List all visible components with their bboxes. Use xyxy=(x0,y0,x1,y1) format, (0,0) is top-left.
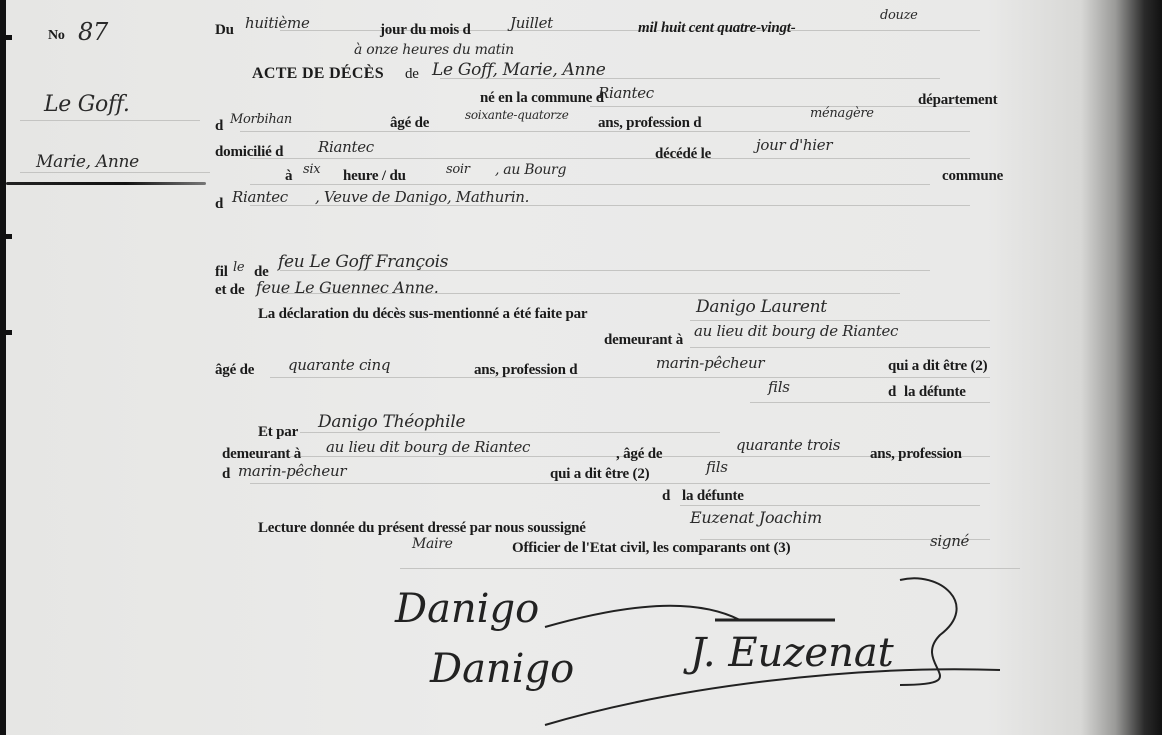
death-commune: Riantec xyxy=(232,188,288,206)
print-year: mil huit cent quatre-vingt- xyxy=(638,20,796,37)
mother-name: feue Le Guennec Anne. xyxy=(256,278,439,297)
declarant1-relation: fils xyxy=(768,378,790,396)
father-name: feu Le Goff François xyxy=(278,252,448,272)
death-place: , au Bourg xyxy=(495,162,566,178)
month-field: Juillet xyxy=(510,14,553,32)
day-field: huitième xyxy=(245,14,310,32)
year-field: douze xyxy=(880,8,918,23)
print-de: de xyxy=(405,66,419,83)
death-day-field: jour d'hier xyxy=(756,136,832,154)
deceased-age: soixante-quatorze xyxy=(465,108,569,122)
print-d: d xyxy=(888,384,896,401)
print-defunt: la défunte xyxy=(682,488,744,505)
print-qui-a-dit: qui a dit être (2) xyxy=(550,466,649,483)
print-age: âgé de xyxy=(390,115,429,132)
birth-department: Morbihan xyxy=(230,112,292,127)
declarant2-relation: fils xyxy=(706,458,728,476)
print-du: Du xyxy=(215,22,234,39)
deceased-profession: ménagère xyxy=(810,106,874,121)
print-age: , âgé de xyxy=(616,446,662,463)
domicile-field: Riantec xyxy=(318,138,374,156)
print-officier: Officier de l'Etat civil, les comparants… xyxy=(512,540,790,557)
declarant2-age: quarante trois xyxy=(736,436,840,454)
binding-tick xyxy=(0,35,12,40)
print-jour-du-mois: jour du mois d xyxy=(380,22,471,39)
time-field: à onze heures du matin xyxy=(354,42,514,58)
margin-given-names: Marie, Anne xyxy=(36,152,139,172)
binding-tick xyxy=(0,234,12,239)
print-d: d xyxy=(222,466,230,483)
print-departement: département xyxy=(918,92,997,109)
print-ans-profession: ans, profession d xyxy=(474,362,577,379)
print-ans-profession: ans, profession xyxy=(870,446,962,463)
print-d: d xyxy=(662,488,670,505)
declarant2-profession: marin-pêcheur xyxy=(238,462,346,480)
entry-number-label: No xyxy=(48,28,65,44)
print-defunt: la défunte xyxy=(904,384,966,401)
deceased-name: Le Goff, Marie, Anne xyxy=(432,60,606,80)
declarant2-name: Danigo Théophile xyxy=(318,412,465,432)
print-d: d xyxy=(215,196,223,213)
margin-surname: Le Goff. xyxy=(44,92,130,117)
death-hour: six xyxy=(303,162,320,177)
print-commune: commune xyxy=(942,168,1003,185)
binding-edge xyxy=(0,0,6,735)
death-period: soir xyxy=(446,162,470,177)
marital-status: , Veuve de Danigo, Mathurin. xyxy=(315,188,529,206)
print-qui-a-dit: qui a dit être (2) xyxy=(888,358,987,375)
print-lecture: Lecture donnée du présent dressé par nou… xyxy=(258,520,586,537)
register-page: No 87 Le Goff. Marie, Anne Du huitième j… xyxy=(0,0,1162,735)
signed-field: signé xyxy=(930,532,969,550)
declarant1-age: quarante cinq xyxy=(288,356,390,374)
print-demeurant: demeurant à xyxy=(604,332,683,349)
signature-flourish xyxy=(380,575,1080,735)
birth-commune: Riantec xyxy=(598,84,654,102)
declarant2-residence: au lieu dit bourg de Riantec xyxy=(326,438,530,456)
fil-suffix: le xyxy=(233,260,244,275)
print-a: à xyxy=(285,168,292,185)
print-ans-profession: ans, profession d xyxy=(598,115,701,132)
print-decede-le: décédé le xyxy=(655,146,711,163)
print-et-par: Et par xyxy=(258,424,298,441)
print-d: d xyxy=(215,118,223,135)
print-age: âgé de xyxy=(215,362,254,379)
print-domicilie: domicilié d xyxy=(215,144,283,161)
print-fil: fil xyxy=(215,264,228,281)
official-role: Maire xyxy=(412,536,453,552)
print-ne-commune: né en la commune d xyxy=(480,90,604,107)
print-demeurant: demeurant à xyxy=(222,446,301,463)
print-et-de: et de xyxy=(215,282,244,299)
print-heure-du: heure / du xyxy=(343,168,406,185)
official-name: Euzenat Joachim xyxy=(690,508,822,527)
declarant1-residence: au lieu dit bourg de Riantec xyxy=(694,322,898,340)
print-declaration: La déclaration du décès sus-mentionné a … xyxy=(258,306,587,323)
entry-number: 87 xyxy=(78,18,108,46)
margin-divider xyxy=(6,182,206,185)
declarant1-profession: marin-pêcheur xyxy=(656,354,764,372)
binding-tick xyxy=(0,330,12,335)
declarant1-name: Danigo Laurent xyxy=(696,297,827,317)
act-title: ACTE DE DÉCÈS xyxy=(252,65,384,83)
